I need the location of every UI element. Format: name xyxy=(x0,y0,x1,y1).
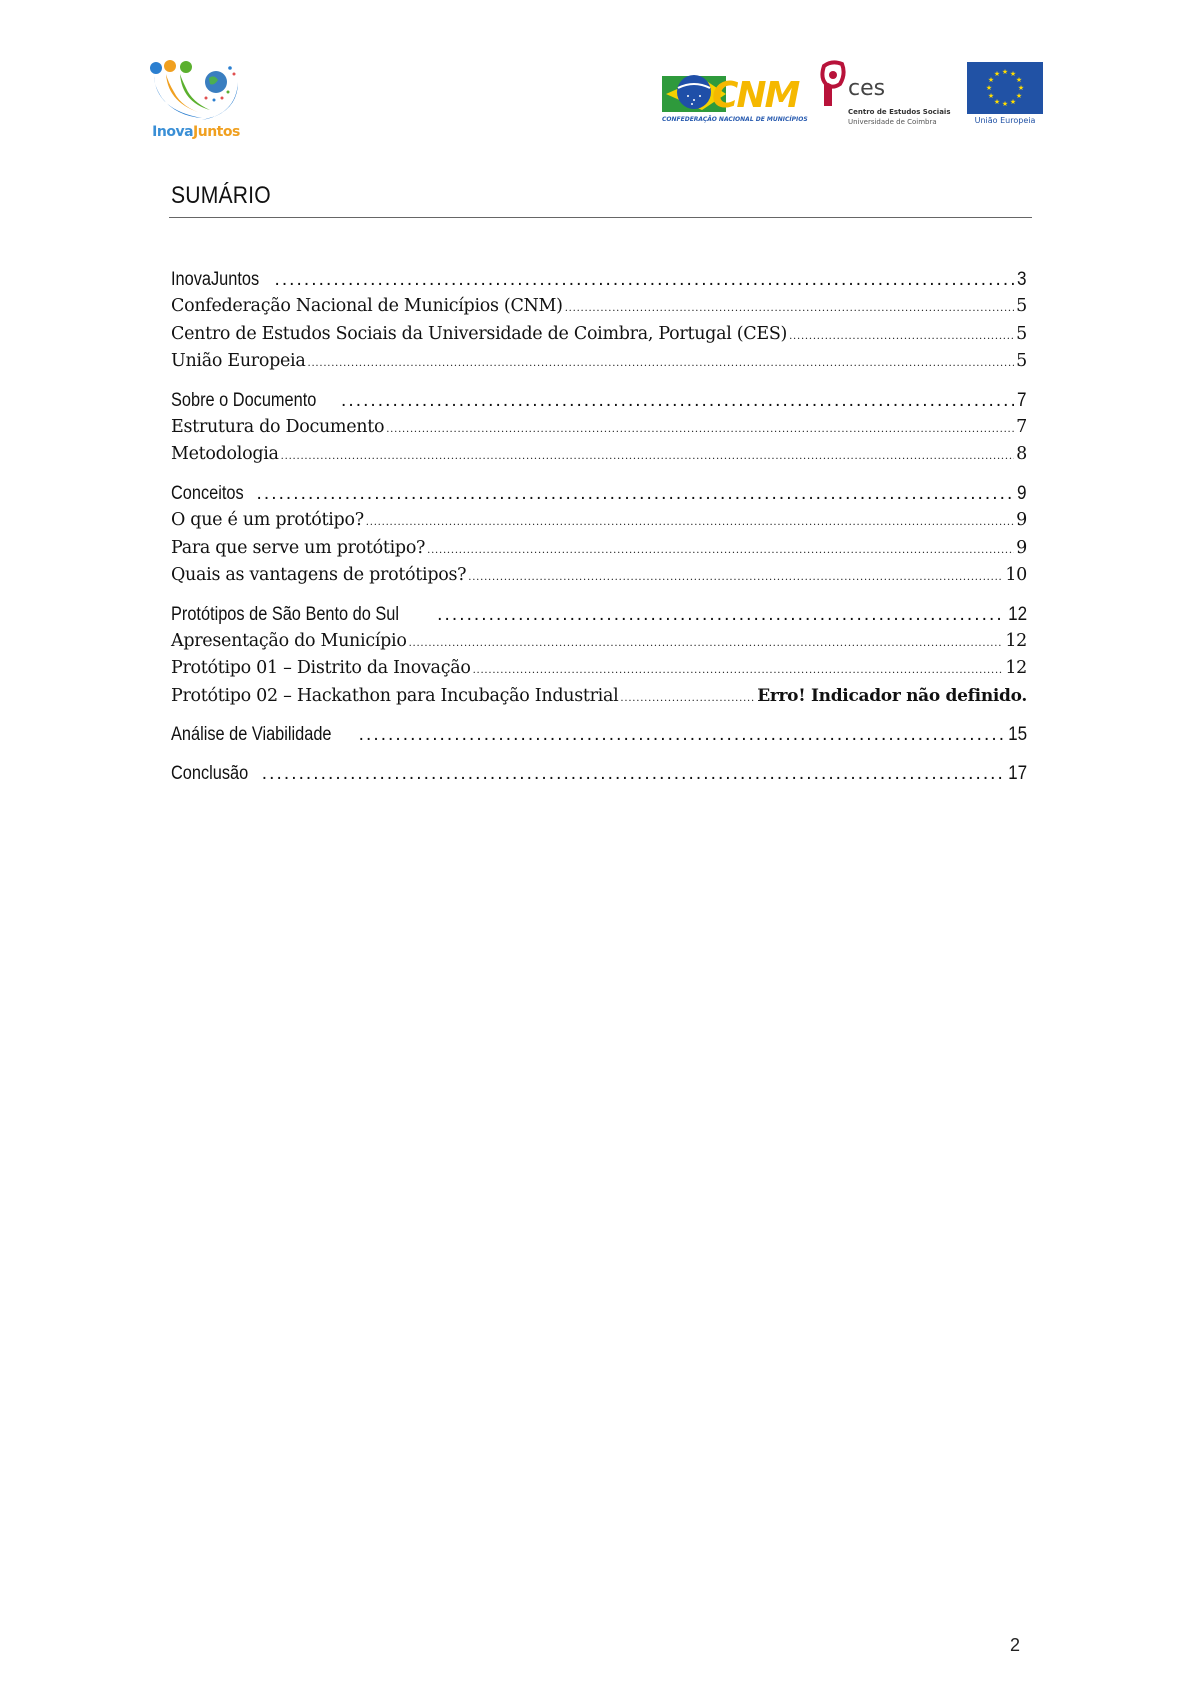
toc-entry-page: 9 xyxy=(1016,535,1027,562)
toc-entry-label[interactable]: Conclusão xyxy=(171,760,248,787)
toc-dot-leader xyxy=(468,562,1003,591)
title-divider xyxy=(169,217,1032,218)
toc-heading-entry[interactable]: Sobre o Documento7 xyxy=(171,387,1027,414)
toc-entry-label[interactable]: Análise de Viabilidade xyxy=(171,721,331,748)
toc-entry-page: 5 xyxy=(1016,321,1027,348)
toc-subentry[interactable]: Confederação Nacional de Municípios (CNM… xyxy=(171,293,1027,320)
toc-subentry[interactable]: Para que serve um protótipo?9 xyxy=(171,535,1027,562)
toc-dot-leader xyxy=(366,507,1014,536)
toc-entry-page: 5 xyxy=(1016,293,1027,320)
toc-subentry[interactable]: União Europeia5 xyxy=(171,348,1027,375)
toc-entry-page: 9 xyxy=(1016,507,1027,534)
toc-dot-leader xyxy=(307,348,1014,377)
toc-subentry[interactable]: Apresentação do Município12 xyxy=(171,628,1027,655)
svg-text:★: ★ xyxy=(1018,84,1024,92)
toc-dot-leader xyxy=(427,535,1014,564)
eu-flag-icon: ★★★★★★ ★★★★★★ xyxy=(967,62,1043,114)
toc-heading-entry[interactable]: Protótipos de São Bento do Sul12 xyxy=(171,601,1027,628)
svg-text:★: ★ xyxy=(1010,98,1016,106)
toc-subentry[interactable]: Centro de Estudos Sociais da Universidad… xyxy=(171,321,1027,348)
toc-entry-label[interactable]: Apresentação do Município xyxy=(171,628,407,655)
toc-entry-error: Erro! Indicador não definido. xyxy=(757,683,1027,710)
toc-entry-page: 12 xyxy=(1005,655,1027,682)
eu-logo: ★★★★★★ ★★★★★★ União Europeia xyxy=(965,62,1045,128)
toc-entry-page: 7 xyxy=(1017,387,1027,414)
toc-entry-label[interactable]: Protótipos de São Bento do Sul xyxy=(171,601,399,628)
svg-text:★: ★ xyxy=(1016,92,1022,100)
toc-entry-page: 17 xyxy=(1008,760,1027,787)
toc-entry-label[interactable]: Conceitos xyxy=(171,480,244,507)
toc-subentry[interactable]: Protótipo 01 – Distrito da Inovação12 xyxy=(171,655,1027,682)
toc-entry-page: 10 xyxy=(1005,562,1027,589)
cnm-logo: CNM CONFEDERAÇÃO NACIONAL DE MUNICÍPIOS xyxy=(662,72,790,128)
inovajuntos-logo: InovaJuntos xyxy=(146,58,246,144)
page-title: SUMÁRIO xyxy=(171,182,271,210)
toc-entry-label[interactable]: InovaJuntos xyxy=(171,266,259,293)
toc-dot-leader xyxy=(473,655,1004,684)
toc-entry-label[interactable]: Centro de Estudos Sociais da Universidad… xyxy=(171,321,787,348)
toc-dot-leader xyxy=(620,683,755,712)
inovajuntos-emblem-icon xyxy=(146,58,246,124)
ces-emblem-icon xyxy=(818,60,848,106)
toc-dot-leader xyxy=(359,721,1004,748)
toc-entry-page: 5 xyxy=(1016,348,1027,375)
toc-entry-label[interactable]: Protótipo 02 – Hackathon para Incubação … xyxy=(171,683,618,710)
toc-entry-page: 3 xyxy=(1017,266,1027,293)
cnm-acronym: CNM xyxy=(712,78,798,114)
toc-entry-page: 8 xyxy=(1016,441,1027,468)
toc-entry-label[interactable]: Estrutura do Documento xyxy=(171,414,384,441)
toc-dot-leader xyxy=(274,266,1014,293)
toc-entry-label[interactable]: Quais as vantagens de protótipos? xyxy=(171,562,466,589)
svg-text:★: ★ xyxy=(986,84,992,92)
eu-caption: União Europeia xyxy=(965,116,1045,125)
toc-entry-label[interactable]: O que é um protótipo? xyxy=(171,507,364,534)
cnm-subtitle: CONFEDERAÇÃO NACIONAL DE MUNICÍPIOS xyxy=(662,116,792,123)
ces-name: Centro de Estudos Sociais xyxy=(848,108,951,116)
svg-text:★: ★ xyxy=(1002,100,1008,108)
toc-subentry[interactable]: O que é um protótipo?9 xyxy=(171,507,1027,534)
toc-entry-page: 7 xyxy=(1016,414,1027,441)
ces-university: Universidade de Coimbra xyxy=(848,118,937,126)
toc-entry-page: 15 xyxy=(1008,721,1027,748)
toc-entry-label[interactable]: União Europeia xyxy=(171,348,305,375)
svg-text:★: ★ xyxy=(994,70,1000,78)
toc-entry-page: 12 xyxy=(1005,628,1027,655)
ces-acronym: ces xyxy=(848,78,885,100)
svg-text:★: ★ xyxy=(1002,68,1008,76)
toc-entry-label[interactable]: Para que serve um protótipo? xyxy=(171,535,425,562)
toc-dot-leader xyxy=(409,628,1004,657)
inovajuntos-wordmark: InovaJuntos xyxy=(146,124,246,140)
table-of-contents: InovaJuntos3Confederação Nacional de Mun… xyxy=(171,266,1027,788)
toc-heading-entry[interactable]: Conceitos9 xyxy=(171,480,1027,507)
toc-dot-leader xyxy=(565,293,1014,322)
toc-subentry[interactable]: Estrutura do Documento7 xyxy=(171,414,1027,441)
toc-entry-label[interactable]: Protótipo 01 – Distrito da Inovação xyxy=(171,655,471,682)
toc-entry-page: 9 xyxy=(1017,480,1027,507)
toc-dot-leader xyxy=(789,321,1014,350)
toc-entry-label[interactable]: Metodologia xyxy=(171,441,279,468)
svg-text:★: ★ xyxy=(1016,76,1022,84)
page-number: 2 xyxy=(1010,1635,1020,1656)
toc-entry-label[interactable]: Confederação Nacional de Municípios (CNM… xyxy=(171,293,563,320)
toc-heading-entry[interactable]: InovaJuntos3 xyxy=(171,266,1027,293)
svg-text:★: ★ xyxy=(988,92,994,100)
toc-dot-leader xyxy=(341,387,1014,414)
wordmark-part1: Inova xyxy=(152,124,193,140)
toc-dot-leader xyxy=(386,414,1014,443)
wordmark-part2: Juntos xyxy=(193,124,240,140)
svg-text:★: ★ xyxy=(994,98,1000,106)
toc-dot-leader xyxy=(262,760,1004,787)
toc-subentry[interactable]: Protótipo 02 – Hackathon para Incubação … xyxy=(171,683,1027,710)
toc-dot-leader xyxy=(437,601,1004,628)
toc-dot-leader xyxy=(257,480,1015,507)
toc-dot-leader xyxy=(281,441,1015,470)
toc-subentry[interactable]: Metodologia8 xyxy=(171,441,1027,468)
toc-heading-entry[interactable]: Análise de Viabilidade15 xyxy=(171,721,1027,748)
toc-entry-label[interactable]: Sobre o Documento xyxy=(171,387,316,414)
toc-entry-page: 12 xyxy=(1008,601,1027,628)
toc-subentry[interactable]: Quais as vantagens de protótipos?10 xyxy=(171,562,1027,589)
ces-logo: ces Centro de Estudos Sociais Universida… xyxy=(818,60,938,130)
toc-heading-entry[interactable]: Conclusão17 xyxy=(171,760,1027,787)
